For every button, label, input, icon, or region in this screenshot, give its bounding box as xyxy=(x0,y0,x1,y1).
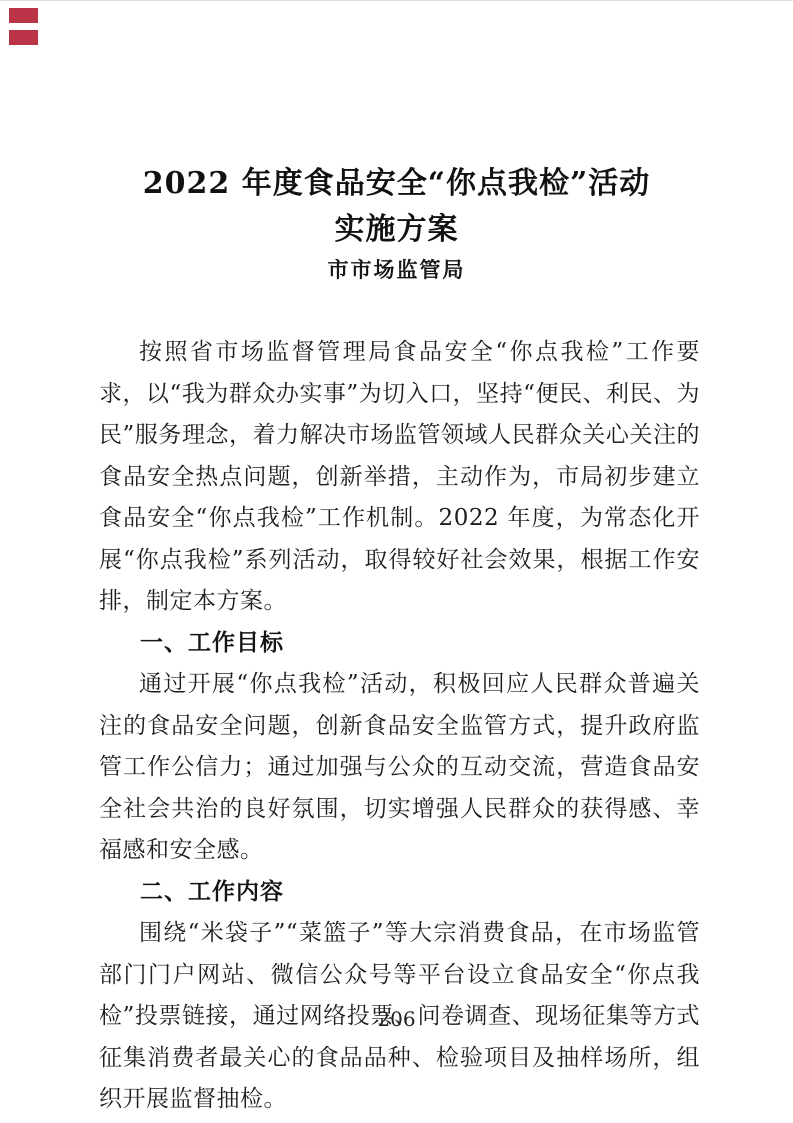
document-title: 2022 年度食品安全“你点我检”活动 实施方案 xyxy=(0,161,793,253)
page-number: 206 xyxy=(0,1005,793,1033)
heading-work-content: 二、工作内容 xyxy=(99,872,700,914)
red-corner-mark-top xyxy=(9,8,38,23)
title-line-1: 2022 年度食品安全“你点我检”活动 xyxy=(0,161,793,207)
title-line-2: 实施方案 xyxy=(0,207,793,253)
document-page: 2022 年度食品安全“你点我检”活动 实施方案 市市场监管局 按照省市场监督管… xyxy=(0,0,793,1123)
paragraph-intro: 按照省市场监督管理局食品安全“你点我检”工作要求，以“我为群众办实事”为切入口，… xyxy=(99,332,700,623)
document-author: 市市场监管局 xyxy=(0,254,793,286)
paragraph-work-goals: 通过开展“你点我检”活动，积极回应人民群众普遍关注的食品安全问题，创新食品安全监… xyxy=(99,664,700,872)
document-body: 按照省市场监督管理局食品安全“你点我检”工作要求，以“我为群众办实事”为切入口，… xyxy=(99,332,700,1121)
heading-work-goals: 一、工作目标 xyxy=(99,623,700,665)
red-corner-mark-bottom xyxy=(9,30,38,45)
